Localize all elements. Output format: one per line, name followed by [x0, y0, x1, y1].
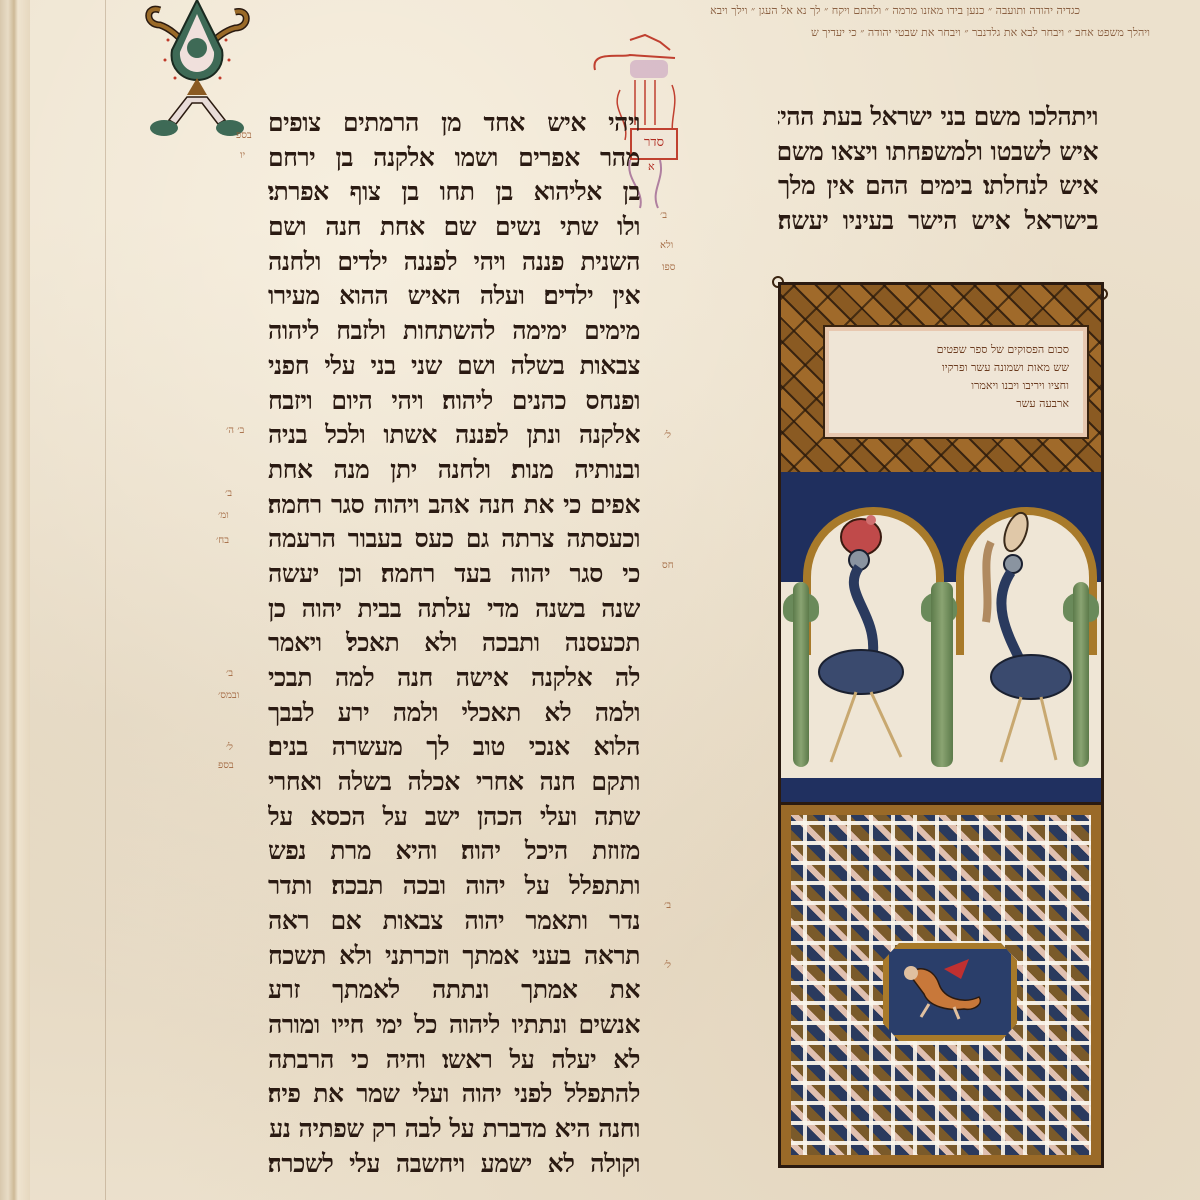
interlace-knotwork-panel	[778, 802, 1104, 1168]
text-line: כי סגר יהוה בעד רחמה׃ וכן יעשה	[268, 557, 640, 592]
text-line: מזוזת היכל יהוה׃ והיא מרת נפש	[268, 834, 640, 869]
page-gutter-edge	[0, 0, 30, 1200]
arcade-scene	[778, 472, 1104, 802]
carpet-illumination: סכום הפסוקים של ספר שפטים שש מאות ושמונה…	[778, 282, 1108, 1182]
text-line: מימים ימימה להשתחות ולזבח ליהוה	[268, 314, 640, 349]
margin-note: ל׳	[226, 742, 233, 753]
masora-line-1: כגדיה יהודה ותועבה ״ כנען בידו מאזנו מרמ…	[280, 4, 1080, 17]
margin-note: ב׳	[660, 210, 667, 221]
margin-note: ב׳	[664, 900, 671, 911]
margin-note: ב׳ ה׳	[226, 425, 244, 436]
text-line: ובנותיה מנות׃ ולחנה יתן מנה אחת	[268, 453, 640, 488]
text-line: ופנחס כהנים ליהוה׃ ויהי היום ויזבח	[268, 384, 640, 419]
margin-note: ב׳	[225, 488, 232, 499]
right-text-column: ויתהלכו משם בני ישראל בעת ההיא איש לשבטו…	[778, 100, 1098, 239]
text-line: ולו שתי נשים שם אחת חנה ושם	[268, 210, 640, 245]
text-line: וכעסתה צרתה גם כעס בעבור הרעמה	[268, 522, 640, 557]
text-line: בישראל איש הישר בעיניו יעשה׃	[778, 204, 1098, 239]
sedar-number: א	[648, 160, 655, 173]
margin-note: ובמס׳	[218, 690, 239, 701]
colophon-box: סכום הפסוקים של ספר שפטים שש מאות ושמונה…	[823, 325, 1089, 439]
text-line: ותתפלל על יהוה ובכה תבכה׃ ותדר	[268, 869, 640, 904]
text-line: איש לשבטו ולמשפחתו ויצאו משם	[778, 135, 1098, 170]
colophon-line: וחציו ויריבו ויבנו ויאמרו	[825, 377, 1087, 395]
text-line: ולמה לא תאכלי ולמה ירע לבבך	[268, 696, 640, 731]
margin-note: ל׳	[664, 960, 671, 971]
text-line: תראה בעני אמתך וזכרתני ולא תשכח	[268, 939, 640, 974]
colophon-line: שש מאות ושמונה עשר ופרקיו	[825, 359, 1087, 377]
masora-line-2: ויהלך משפט אחב ״ ויבחר לבא את גלדנבר ״ ו…	[390, 26, 1150, 39]
text-line: לה אלקנה אישה חנה למה תבכי	[268, 661, 640, 696]
text-line: הלוא אנכי טוב לך מעשרה בנים׃	[268, 730, 640, 765]
text-line: וחנה היא מדברת על לבה רק שפתיה נעות	[268, 1112, 640, 1147]
margin-ruling-line	[105, 0, 106, 1200]
text-line: מהר אפרים ושמו אלקנה בן ירחם	[268, 141, 640, 176]
winged-dragon-icon	[889, 949, 999, 1023]
text-line: שנה בשנה מדי עלתה בבית יהוה כן	[268, 592, 640, 627]
column-shaft	[931, 582, 953, 767]
heron-with-turtle-icon	[801, 512, 931, 782]
text-line: את אמתך ונתתה לאמתך זרע	[268, 973, 640, 1008]
text-line: שתה ועלי הכהן ישב על הכסא על	[268, 800, 640, 835]
margin-note: בספ	[218, 760, 234, 771]
palmette-ornament-icon	[140, 0, 255, 140]
margin-note: ל׳	[664, 430, 671, 441]
text-line: תכעסנה ותבכה ולא תאכל׃ ויאמר	[268, 626, 640, 661]
margin-note: ב׳	[226, 668, 233, 679]
colophon-line: ארבעה עשר	[825, 395, 1087, 413]
text-line: להתפלל לפני יהוה ועלי שמר את פיה׃	[268, 1077, 640, 1112]
text-line: ותקם חנה אחרי אכלה בשלה ואחרי	[268, 765, 640, 800]
text-line: צבאות בשלה ושם שני בני עלי חפני	[268, 349, 640, 384]
text-line: לא יעלה על ראשו׃ והיה כי הרבתה	[268, 1043, 640, 1078]
margin-note: חס	[662, 560, 674, 571]
text-line: אלקנה ונתן לפננה אשתו ולכל בניה	[268, 418, 640, 453]
heron-with-fish-icon	[961, 502, 1091, 782]
text-line: איש לנחלתו׃ בימים ההם אין מלך	[778, 169, 1098, 204]
text-line: וקולה לא ישמע ויחשבה עלי לשכרה׃	[268, 1147, 640, 1182]
dragon-medallion	[883, 943, 1017, 1041]
sedar-text: סדר	[644, 135, 664, 150]
text-line: ויהי איש אחד מן הרמתים צופים	[268, 106, 640, 141]
middle-text-column: ויהי איש אחד מן הרמתים צופים מהר אפרים ו…	[268, 106, 640, 1181]
margin-note: ספו	[662, 262, 676, 273]
lattice-frame: סכום הפסוקים של ספר שפטים שש מאות ושמונה…	[778, 282, 1104, 478]
text-line: אנשים ונתתיו ליהוה כל ימי חייו ומורה	[268, 1008, 640, 1043]
colophon-line: סכום הפסוקים של ספר שפטים	[825, 341, 1087, 359]
text-line: בן אליהוא בן תחו בן צוף אפרתי׃	[268, 175, 640, 210]
margin-note: בח׳	[216, 535, 229, 546]
margin-note: ומ׳	[218, 510, 229, 521]
text-line: אפים כי את חנה אהב ויהוה סגר רחמה׃	[268, 488, 640, 523]
text-line: נדר ותאמר יהוה צבאות אם ראה	[268, 904, 640, 939]
margin-note: ולא	[660, 240, 673, 251]
text-line: ויתהלכו משם בני ישראל בעת ההיא	[778, 100, 1098, 135]
margin-note: בספ	[236, 130, 252, 141]
text-line: אין ילדים׃ ועלה האיש ההוא מעירו	[268, 279, 640, 314]
margin-note: יו	[240, 150, 245, 161]
text-line: השנית פננה ויהי לפננה ילדים ולחנה	[268, 245, 640, 280]
